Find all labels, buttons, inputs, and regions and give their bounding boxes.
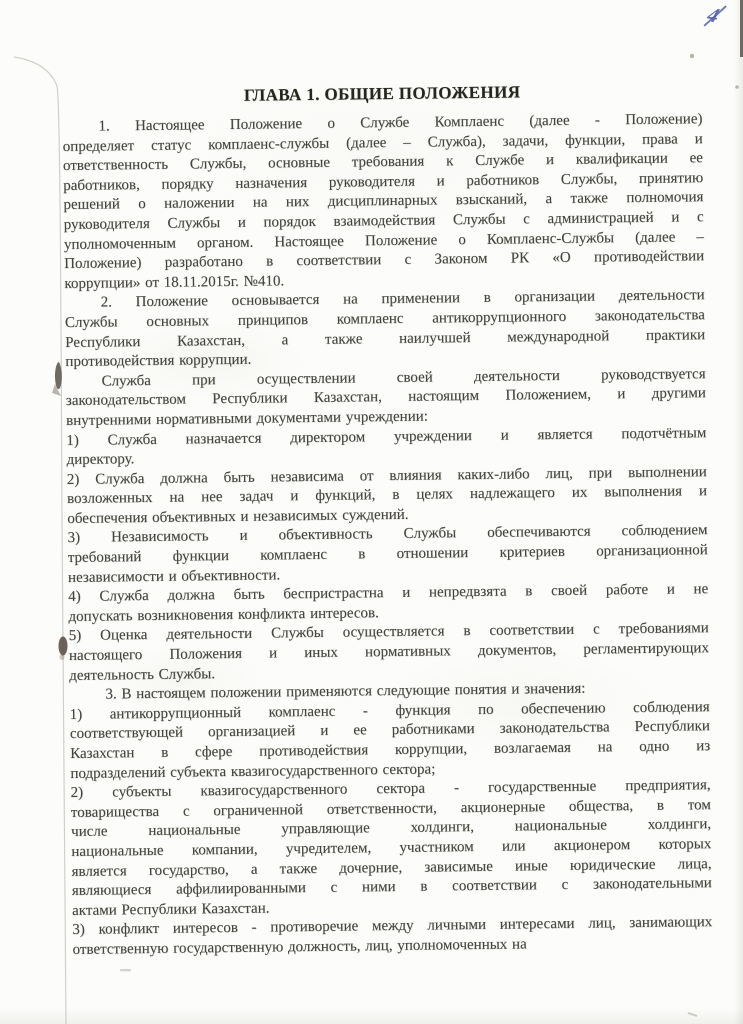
scan-speck-gray (735, 85, 739, 89)
paragraph: 5) Оценка деятельности Службы осуществля… (69, 620, 710, 687)
ink-blob-smudge (60, 654, 65, 660)
scan-smudge-dash (120, 969, 131, 971)
crease-line (14, 57, 66, 1024)
ink-blob-bottom (59, 637, 68, 656)
ink-blob-tip (52, 384, 61, 396)
paragraph: 3) Независимость и объективность Службы … (67, 522, 708, 589)
document-body: 1. Настоящее Положение о Службе Комплаен… (62, 110, 712, 960)
handwritten-digit: 4 (704, 3, 722, 29)
paragraph: Служба при осуществлении своей деятельно… (66, 365, 707, 432)
handwritten-page-number: 4 (702, 2, 728, 32)
paragraph: 2) субъекты квазигосударственного сектор… (71, 776, 713, 921)
paragraph: 1) антикоррупционный комплаенс - функция… (70, 698, 711, 784)
pen-slash (703, 5, 726, 26)
ink-blob-top (55, 362, 62, 389)
paragraph: 3) конфликт интересов - противоречие меж… (72, 913, 712, 960)
paragraph: 2) Служба должна быть независима от влия… (67, 463, 708, 530)
paragraph: 1. Настоящее Положение о Службе Комплаен… (62, 110, 704, 294)
page-title: ГЛАВА 1. ОБЩИЕ ПОЛОЖЕНИЯ (62, 78, 702, 110)
paragraph: 2. Положение основывается на применении … (65, 287, 706, 373)
document-text-block: ГЛАВА 1. ОБЩИЕ ПОЛОЖЕНИЯ 1. Настоящее По… (62, 78, 713, 960)
scan-smudge-corner (687, 1012, 697, 1017)
scanned-document-page: { "document": { "title": "ГЛАВА 1. ОБЩИЕ… (0, 0, 743, 1024)
scan-speck-olive (690, 54, 694, 58)
